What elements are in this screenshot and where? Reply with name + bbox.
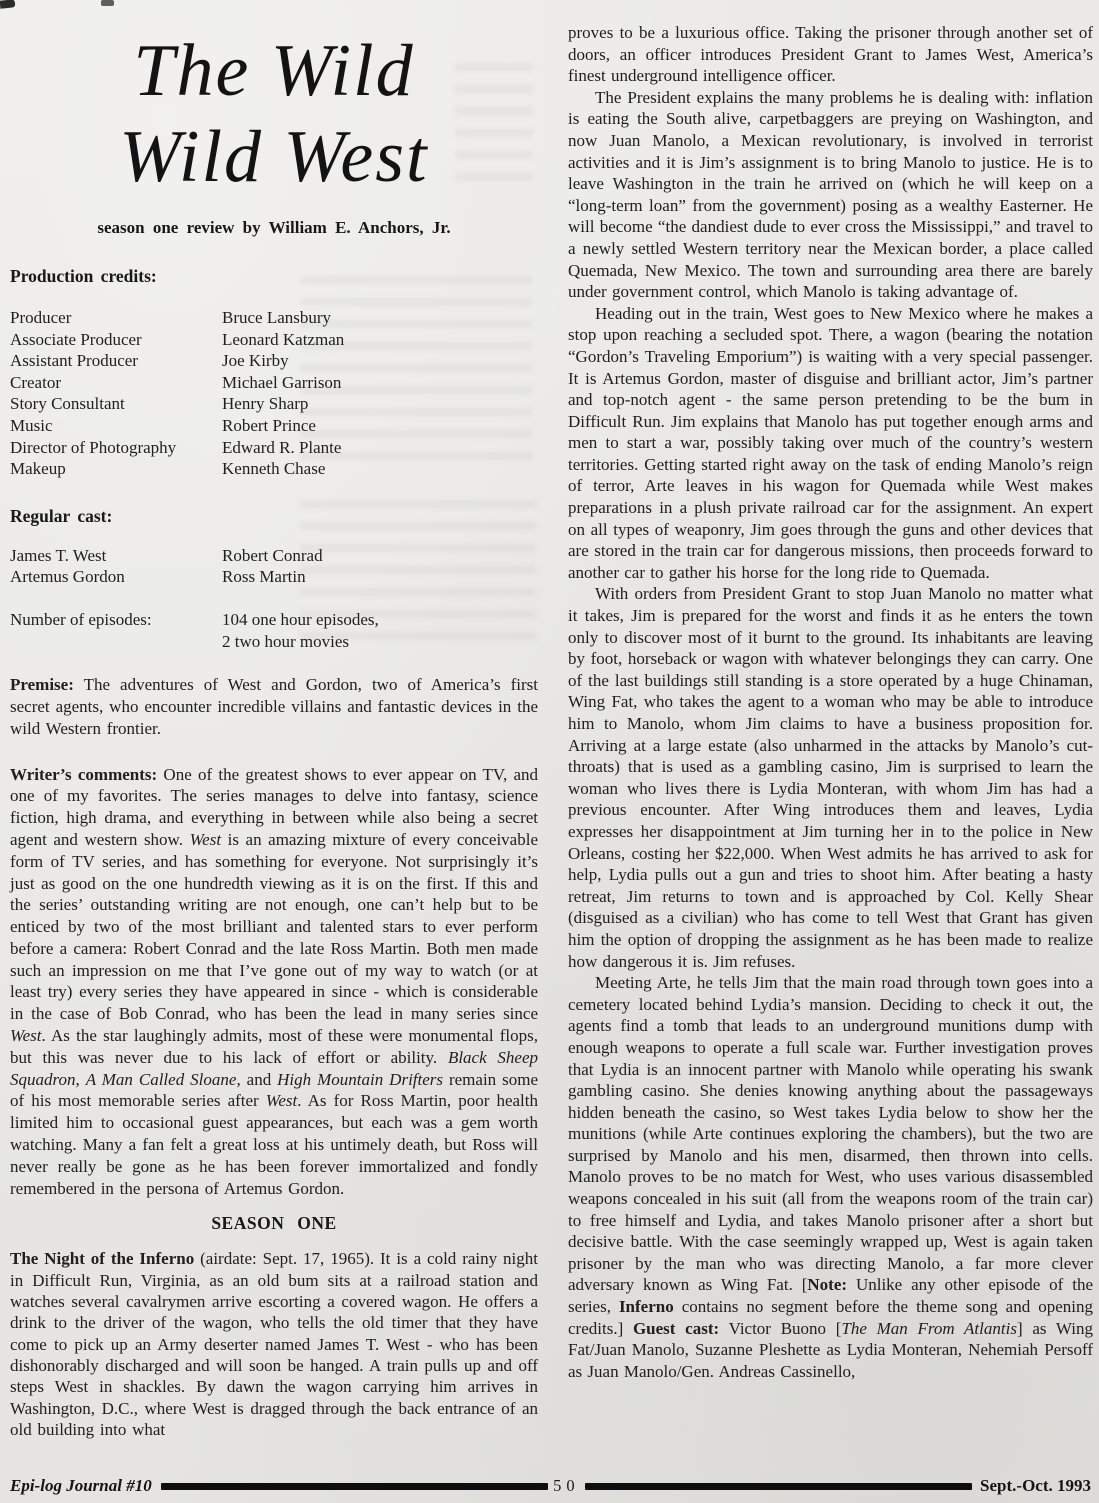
left-column: The Wild Wild West season one review by … [10,8,538,1440]
credit-name: Kenneth Chase [222,458,538,480]
credit-role: Director of Photography [10,437,222,459]
credit-role: Associate Producer [10,329,222,351]
title-line-2: Wild West [10,114,538,200]
credit-name: Michael Garrison [222,372,538,394]
credit-name: Joe Kirby [222,350,538,372]
footer-rule-left [161,1483,548,1490]
credit-name: Edward R. Plante [222,437,538,459]
journal-title: Epi-log Journal #10 [10,1476,152,1496]
issue-date: Sept.-Oct. 1993 [980,1476,1091,1496]
page-title: The Wild Wild West [10,28,538,200]
story-paragraph: Heading out in the train, West goes to N… [568,303,1093,584]
episode-count-value: 2 two hour movies [222,631,538,653]
regular-cast-table: James T. WestRobert Conrad Artemus Gordo… [10,545,538,588]
season-one-heading: SEASON ONE [10,1213,538,1234]
byline: season one review by William E. Anchors,… [10,218,538,238]
story-paragraph: proves to be a luxurious office. Taking … [568,22,1093,87]
cast-row: James T. WestRobert Conrad [10,545,538,567]
credit-row: MakeupKenneth Chase [10,458,538,480]
scan-artifact-speck [101,0,114,6]
episode-count-row: Number of episodes:104 one hour episodes… [10,609,538,631]
production-credits-heading: Production credits: [10,266,538,287]
story-paragraph: Meeting Arte, he tells Jim that the main… [568,972,1093,1382]
episode-count-row: 2 two hour movies [10,631,538,653]
cast-character: Artemus Gordon [10,566,222,588]
story-paragraph: The President explains the many problems… [568,87,1093,303]
episode-count-value: 104 one hour episodes, [222,609,538,631]
credit-row: Story ConsultantHenry Sharp [10,393,538,415]
episode-count-label: Number of episodes: [10,609,222,631]
credit-name: Leonard Katzman [222,329,538,351]
magazine-page: The Wild Wild West season one review by … [0,0,1099,1503]
episode-count-block: Number of episodes:104 one hour episodes… [10,609,538,652]
credit-role: Producer [10,307,222,329]
credit-row: ProducerBruce Lansbury [10,307,538,329]
credit-name: Henry Sharp [222,393,538,415]
credit-role: Creator [10,372,222,394]
story-paragraph: With orders from President Grant to stop… [568,583,1093,972]
credit-row: CreatorMichael Garrison [10,372,538,394]
cast-actor: Ross Martin [222,566,538,588]
credit-role: Assistant Producer [10,350,222,372]
credit-row: Associate ProducerLeonard Katzman [10,329,538,351]
right-column: proves to be a luxurious office. Taking … [568,8,1093,1440]
credit-role: Story Consultant [10,393,222,415]
credit-name: Bruce Lansbury [222,307,538,329]
credit-role: Makeup [10,458,222,480]
cast-character: James T. West [10,545,222,567]
page-number: 50 [553,1476,580,1496]
episode-review-paragraph: The Night of the Inferno (airdate: Sept.… [10,1248,538,1440]
regular-cast-heading: Regular cast: [10,506,538,527]
footer-rule-right [585,1483,972,1490]
writers-comments-paragraph: Writer’s comments: One of the greatest s… [10,764,538,1200]
premise-paragraph: Premise: The adventures of West and Gord… [10,674,538,739]
cast-row: Artemus GordonRoss Martin [10,566,538,588]
page-columns: The Wild Wild West season one review by … [0,0,1099,1440]
production-credits-table: ProducerBruce Lansbury Associate Produce… [10,307,538,480]
credit-row: MusicRobert Prince [10,415,538,437]
credit-name: Robert Prince [222,415,538,437]
title-line-1: The Wild [10,28,538,114]
credit-row: Assistant ProducerJoe Kirby [10,350,538,372]
credit-row: Director of PhotographyEdward R. Plante [10,437,538,459]
credit-role: Music [10,415,222,437]
cast-actor: Robert Conrad [222,545,538,567]
page-footer: Epi-log Journal #10 50 Sept.-Oct. 1993 [10,1475,1091,1497]
